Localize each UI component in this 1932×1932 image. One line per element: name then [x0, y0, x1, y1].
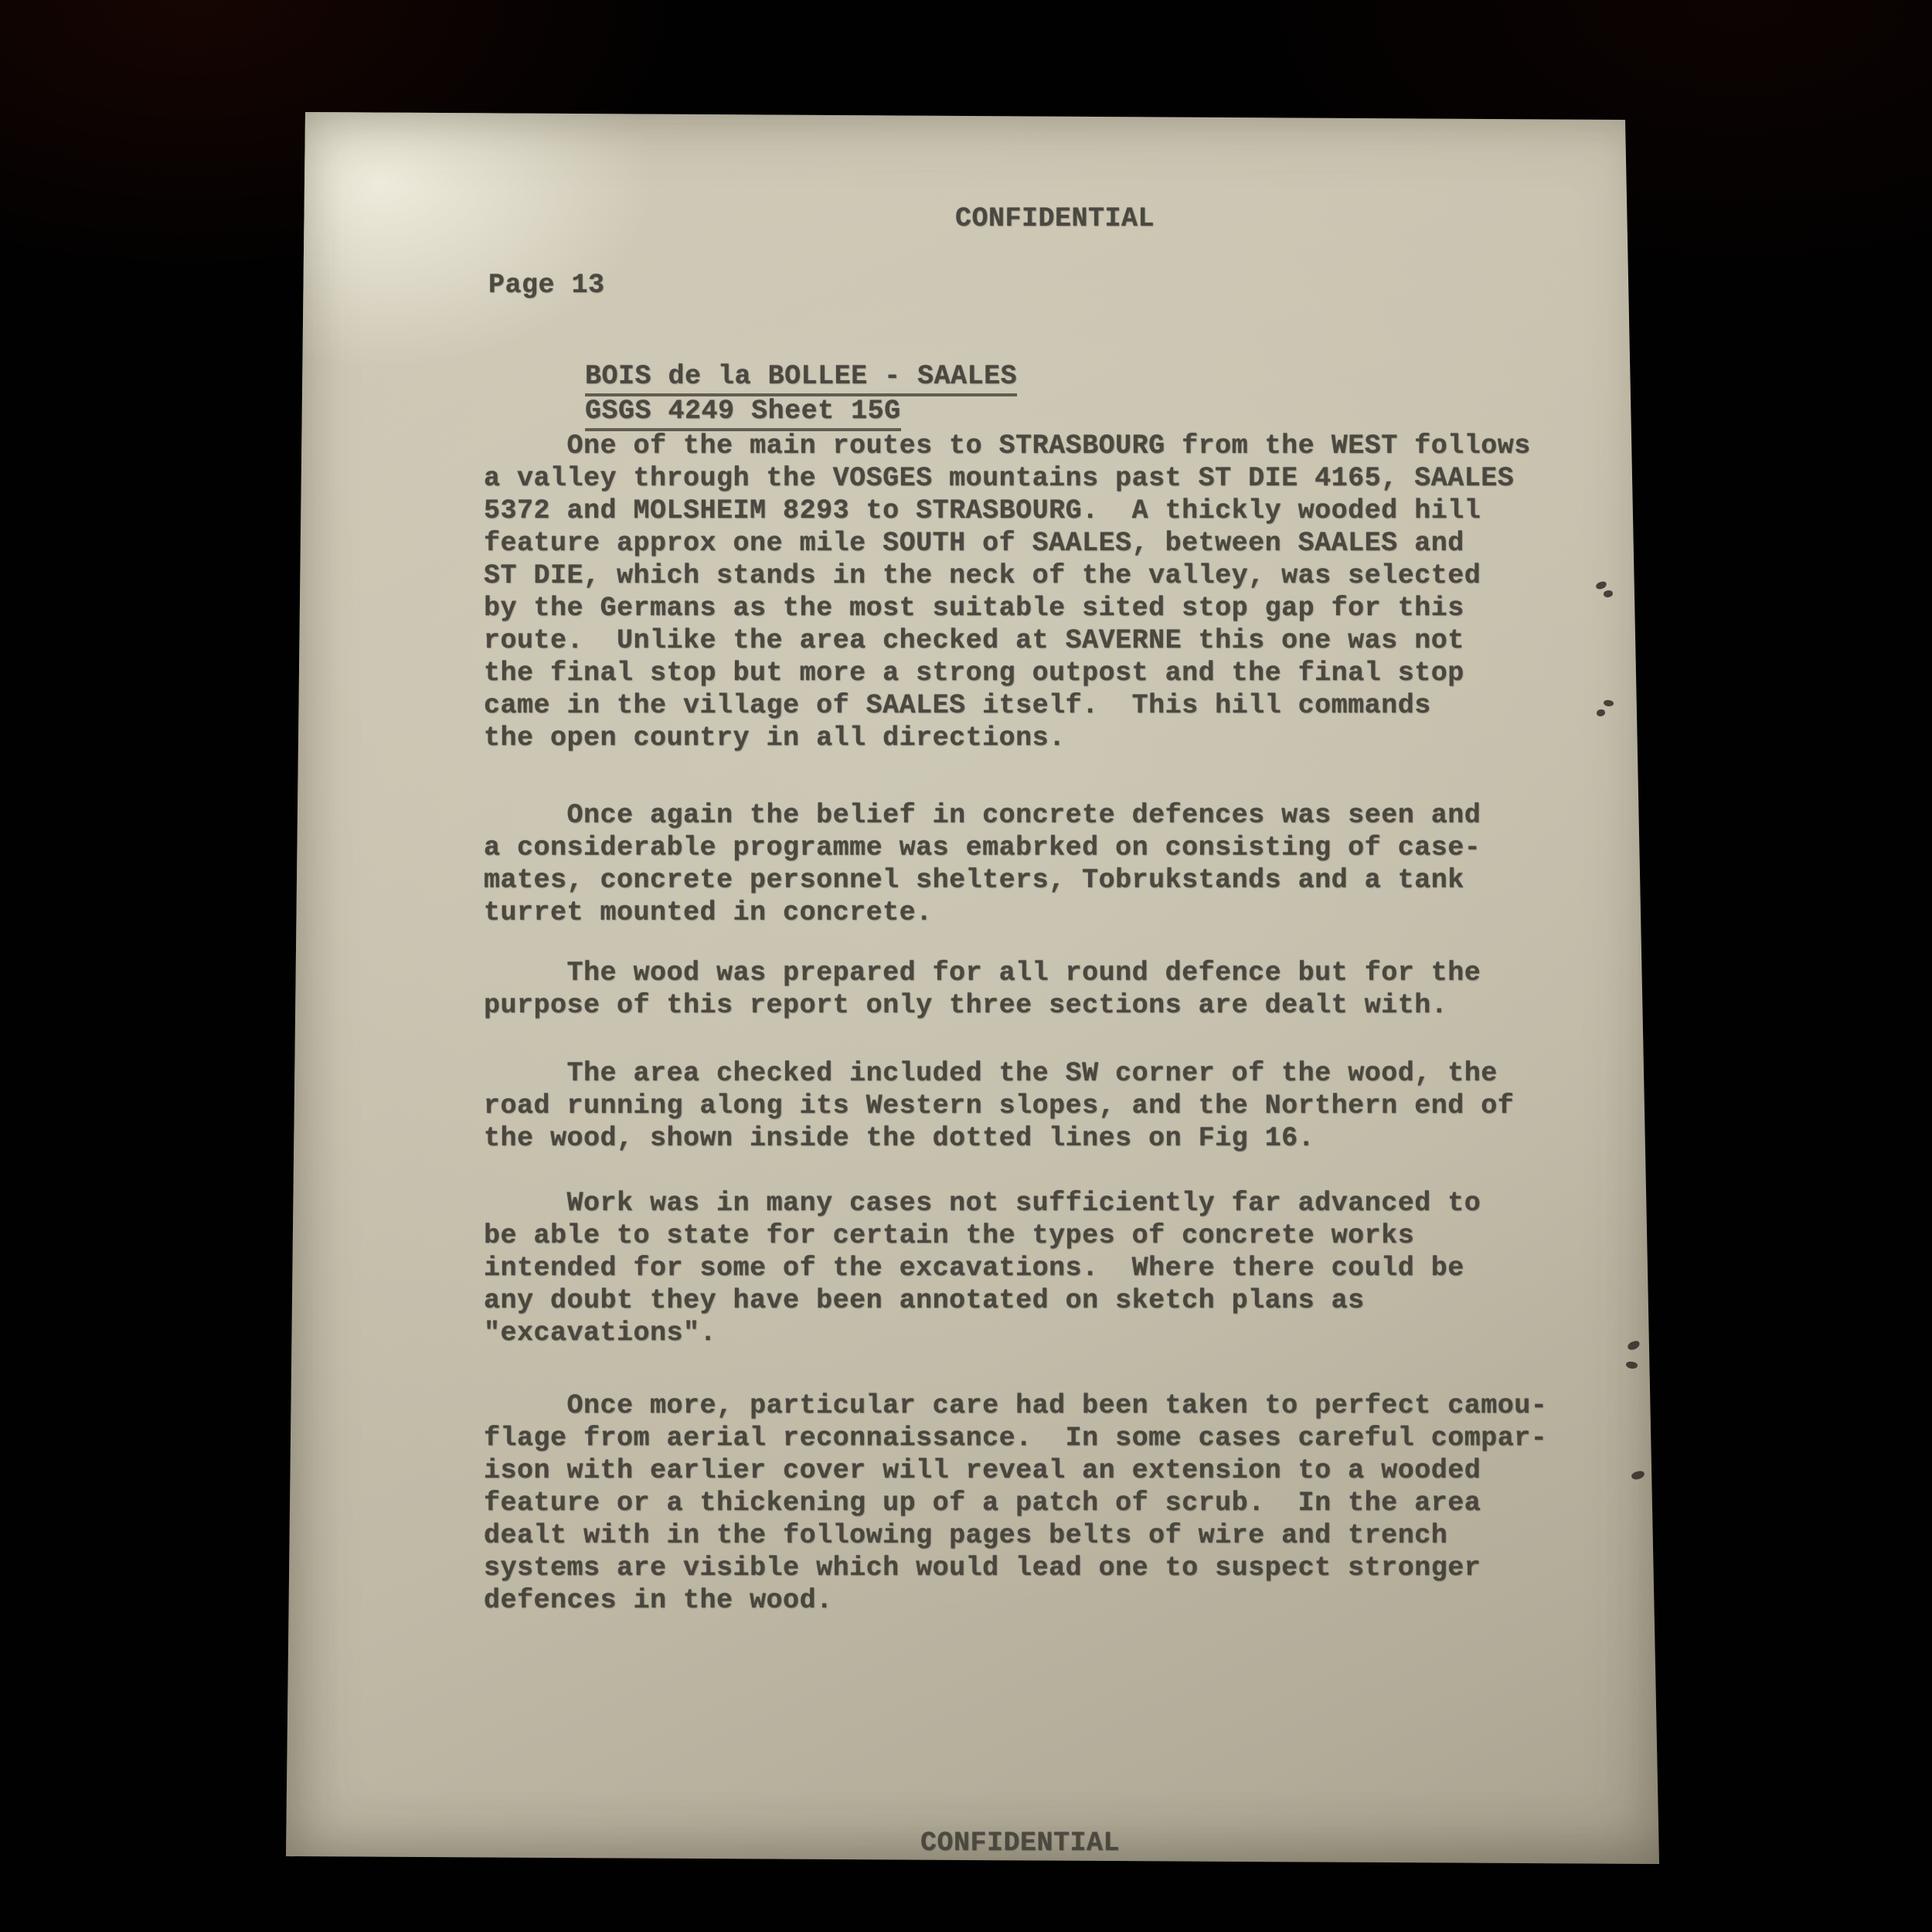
- classification-banner-bottom: CONFIDENTIAL: [920, 1827, 1120, 1859]
- paragraph-2: Once again the belief in concrete defenc…: [484, 799, 1566, 929]
- paragraph-6: Once more, particular care had been take…: [484, 1389, 1566, 1617]
- doc-title-line-2-text: GSGS 4249 Sheet 15G: [585, 396, 901, 431]
- photo-background: CONFIDENTIAL Page 13 BOIS de la BOLLEE -…: [0, 0, 1932, 1932]
- document-page: CONFIDENTIAL Page 13 BOIS de la BOLLEE -…: [284, 110, 1660, 1869]
- paragraph-3: The wood was prepared for all round defe…: [484, 957, 1566, 1022]
- ink-speck: [1604, 590, 1613, 597]
- ink-speck: [1597, 709, 1605, 716]
- ink-speck: [1603, 699, 1614, 707]
- ink-speck: [1631, 1470, 1645, 1480]
- ink-speck: [1595, 580, 1607, 590]
- ink-speck: [1627, 1340, 1641, 1352]
- paragraph-1: One of the main routes to STRASBOURG fro…: [484, 430, 1566, 754]
- classification-banner-top: CONFIDENTIAL: [955, 202, 1155, 235]
- paragraph-4: The area checked included the SW corner …: [484, 1057, 1566, 1155]
- ink-speck: [1625, 1361, 1638, 1370]
- paragraph-5: Work was in many cases not sufficiently …: [484, 1187, 1566, 1349]
- page-number: Page 13: [488, 269, 605, 301]
